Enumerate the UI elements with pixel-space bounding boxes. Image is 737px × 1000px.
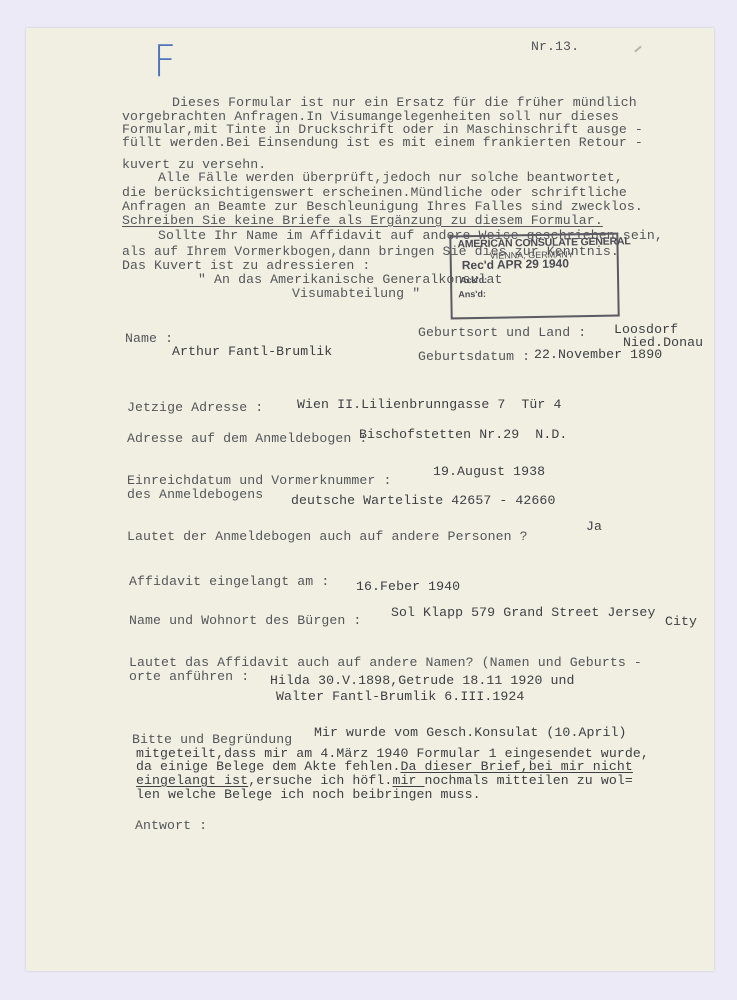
answer-label: Antwort : xyxy=(135,819,207,833)
sponsor-value: Sol Klapp 579 Grand Street Jersey xyxy=(391,606,655,620)
stamp-answered: Ans'd: xyxy=(458,289,486,299)
instruction-line-underlined: Schreiben Sie keine Briefe als Ergänzung… xyxy=(122,214,603,228)
waitlist-value: deutsche Warteliste 42657 - 42660 xyxy=(291,494,555,508)
instruction-line: füllt werden.Bei Einsendung ist es mit e… xyxy=(122,136,643,150)
handwritten-mark: F xyxy=(153,40,176,84)
sponsor-label: Name und Wohnort des Bürgen : xyxy=(129,614,361,628)
submission-date-value: 19.August 1938 xyxy=(433,465,545,479)
registration-address-label: Adresse auf dem Anmeldebogen : xyxy=(127,432,367,446)
request-text-part: da einige Belege dem Akte fehlen. xyxy=(136,759,400,774)
request-text: Mir wurde vom Gesch.Konsulat (10.April) xyxy=(314,726,627,740)
registration-address-value: Bischofstetten Nr.29 N.D. xyxy=(359,428,567,442)
form-number: Nr.13. xyxy=(531,40,579,54)
request-text: da einige Belege dem Akte fehlen.Da dies… xyxy=(136,760,633,774)
request-text-underlined: mir xyxy=(392,773,424,788)
current-address-value: Wien II.Lilienbrunngasse 7 Tür 4 xyxy=(297,398,561,412)
other-persons-label: Lautet der Anmeldebogen auch auf andere … xyxy=(127,530,528,544)
affidavit-value: 16.Feber 1940 xyxy=(356,580,460,594)
request-label: Bitte und Begründung xyxy=(132,733,292,747)
request-text: len welche Belege ich noch beibringen mu… xyxy=(136,788,481,802)
instruction-line: Dieses Formular ist nur ein Ersatz für d… xyxy=(172,96,637,110)
consulate-received-stamp: AMERICAN CONSULATE GENERAL VIENNA, GERMA… xyxy=(449,233,619,320)
affidavit-label: Affidavit eingelangt am : xyxy=(129,575,329,589)
instruction-line: Anfragen an Beamte zur Beschleunigung Ih… xyxy=(122,200,643,214)
request-text: eingelangt ist,ersuche ich höfl.mir noch… xyxy=(136,774,633,788)
birthdate-label: Geburtsdatum : xyxy=(418,350,530,364)
stamp-received-date: Rec'd APR 29 1940 xyxy=(462,256,569,272)
other-names-value: Hilda 30.V.1898,Getrude 18.11 1920 und xyxy=(270,674,575,688)
stamp-acknowledged: Ack'd: xyxy=(460,275,487,285)
request-text-underlined: eingelangt ist xyxy=(136,773,248,788)
submission-label-2: des Anmeldebogens xyxy=(127,488,263,502)
request-text-part: ,ersuche ich höfl. xyxy=(248,773,392,788)
sponsor-city: City xyxy=(665,615,697,629)
instruction-line: die berücksichtigenswert erscheinen.Münd… xyxy=(122,186,627,200)
request-text-part: nochmals mitteilen zu wol= xyxy=(425,773,633,788)
instruction-line: Das Kuvert ist zu adressieren : xyxy=(122,259,370,273)
other-names-label-2: orte anführen : xyxy=(129,670,249,684)
birthdate-value: 22.November 1890 xyxy=(534,348,662,362)
request-text-underlined: Da dieser Brief,bei mir nicht xyxy=(400,759,632,774)
name-value: Arthur Fantl-Brumlik xyxy=(172,345,332,359)
other-names-value-2: Walter Fantl-Brumlik 6.III.1924 xyxy=(276,690,524,704)
birthplace-label: Geburtsort und Land : xyxy=(418,326,586,340)
address-line: Visumabteilung " xyxy=(292,287,420,301)
submission-label: Einreichdatum und Vormerknummer : xyxy=(127,474,391,488)
other-persons-value: Ja xyxy=(586,520,602,534)
instruction-line: Alle Fälle werden überprüft,jedoch nur s… xyxy=(158,171,623,185)
stamp-title: AMERICAN CONSULATE GENERAL xyxy=(457,235,630,250)
name-label: Name : xyxy=(125,332,173,346)
other-names-label: Lautet das Affidavit auch auf andere Nam… xyxy=(129,656,642,670)
current-address-label: Jetzige Adresse : xyxy=(127,401,263,415)
